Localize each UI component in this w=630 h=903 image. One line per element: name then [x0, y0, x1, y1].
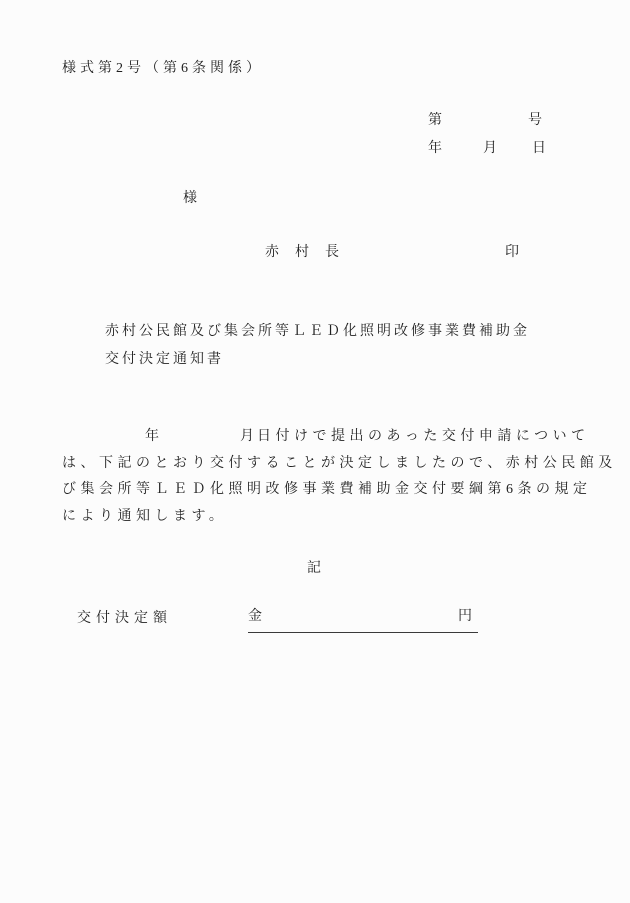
note-marker: 記 [307, 562, 321, 576]
sender-name: 赤村長 [265, 246, 355, 260]
seal-mark: 印 [505, 246, 519, 260]
grant-amount-field: 金 円 [248, 610, 478, 633]
body-line-4: により通知します。 [62, 510, 227, 524]
doc-number-prefix: 第 [428, 114, 442, 128]
date-month-label: 月 [483, 142, 497, 156]
date-day-label: 日 [532, 142, 546, 156]
body-date-year: 年 [145, 430, 159, 444]
body-line-3: び集会所等ＬＥＤ化照明改修事業費補助金交付要綱第6条の規定 [62, 483, 592, 497]
document-title-line-2: 交付決定通知書 [105, 353, 224, 367]
body-line-2: は、下記のとおり交付することが決定しましたので、赤村公民館及 [62, 457, 617, 471]
amount-suffix: 円 [458, 610, 472, 624]
doc-number-suffix: 号 [528, 114, 542, 128]
grant-amount-label: 交付決定額 [77, 612, 172, 626]
recipient-honorific: 様 [183, 192, 197, 206]
date-year-label: 年 [428, 142, 442, 156]
document-page: 様式第2号（第6条関係） 第 号 年 月 日 様 赤村長 印 赤村公民館及び集会… [0, 0, 630, 903]
body-date-month: 月 [240, 430, 254, 444]
body-line-1: 日付けで提出のあった交付申請について [257, 430, 590, 444]
form-number: 様式第2号（第6条関係） [62, 62, 264, 76]
document-title-line-1: 赤村公民館及び集会所等ＬＥＤ化照明改修事業費補助金 [105, 325, 530, 339]
amount-prefix: 金 [248, 610, 262, 624]
